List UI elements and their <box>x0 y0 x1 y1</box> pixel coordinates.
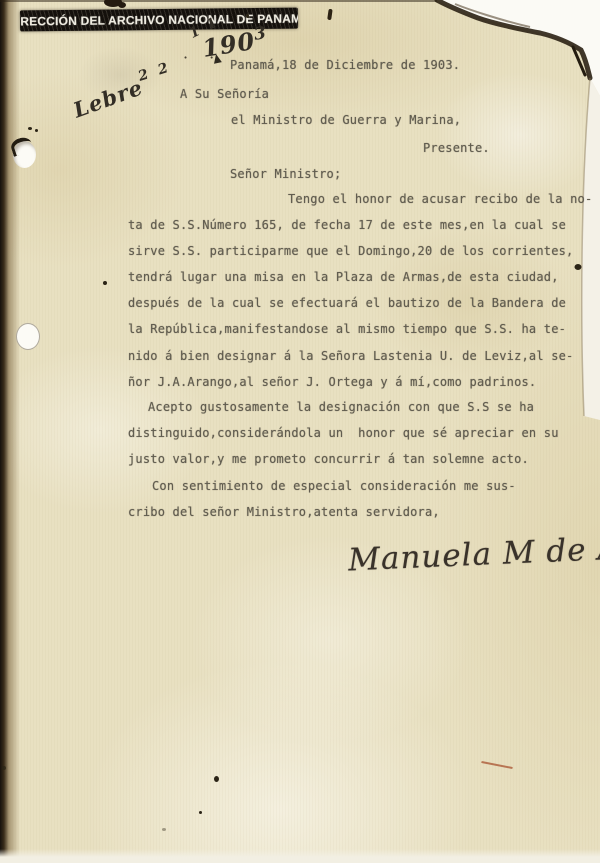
ink-blot-triangle <box>212 53 222 63</box>
body-line: la República,manifestandose al mismo tie… <box>128 322 566 336</box>
body-line: justo valor,y me prometo concurrir á tan… <box>128 452 529 466</box>
body-line: tendrá lugar una misa en la Plaza de Arm… <box>128 270 559 284</box>
scan-bottom-edge <box>0 849 600 863</box>
ink-speck <box>28 127 32 130</box>
body-line: cribo del señor Ministro,atenta servidor… <box>128 505 440 519</box>
punch-hole <box>16 323 40 350</box>
letter-salutation: Señor Ministro; <box>230 167 341 181</box>
letter-dateline: Panamá,18 de Diciembre de 1903. <box>230 58 460 72</box>
body-line: sirve S.S. participarme que el Domingo,2… <box>128 244 573 258</box>
punch-hole <box>13 141 36 168</box>
letter-recipient-location: Presente. <box>423 141 490 155</box>
body-line: después de la cual se efectuará el bauti… <box>128 296 566 310</box>
ink-speck <box>103 281 107 285</box>
ink-speck <box>35 129 38 132</box>
body-line: nido á bien designar á la Señora Lasteni… <box>128 349 573 363</box>
body-line: Acepto gustosamente la designación con q… <box>148 400 534 414</box>
ink-speck <box>162 828 166 831</box>
body-line: ta de S.S.Número 165, de fecha 17 de est… <box>128 218 566 232</box>
body-line: distinguido,considerándola un honor que … <box>128 426 559 440</box>
body-line: Tengo el honor de acusar recibo de la no… <box>288 192 592 206</box>
scan-left-edge-shadow <box>0 0 22 863</box>
ink-speck <box>2 766 6 770</box>
ink-speck <box>199 811 202 814</box>
letter-recipient-honorific: A Su Señoría <box>180 87 269 101</box>
body-line: Con sentimiento de especial consideració… <box>152 479 516 493</box>
ink-speck <box>246 14 249 18</box>
ink-speck <box>214 776 219 782</box>
body-line: ñor J.A.Arango,al señor J. Ortega y á mí… <box>128 375 536 389</box>
letter-recipient-title: el Ministro de Guerra y Marina, <box>231 113 461 127</box>
scanned-letter-page: DIRECCIÓN DEL ARCHIVO NACIONAL DE PANAMÁ… <box>0 0 600 863</box>
